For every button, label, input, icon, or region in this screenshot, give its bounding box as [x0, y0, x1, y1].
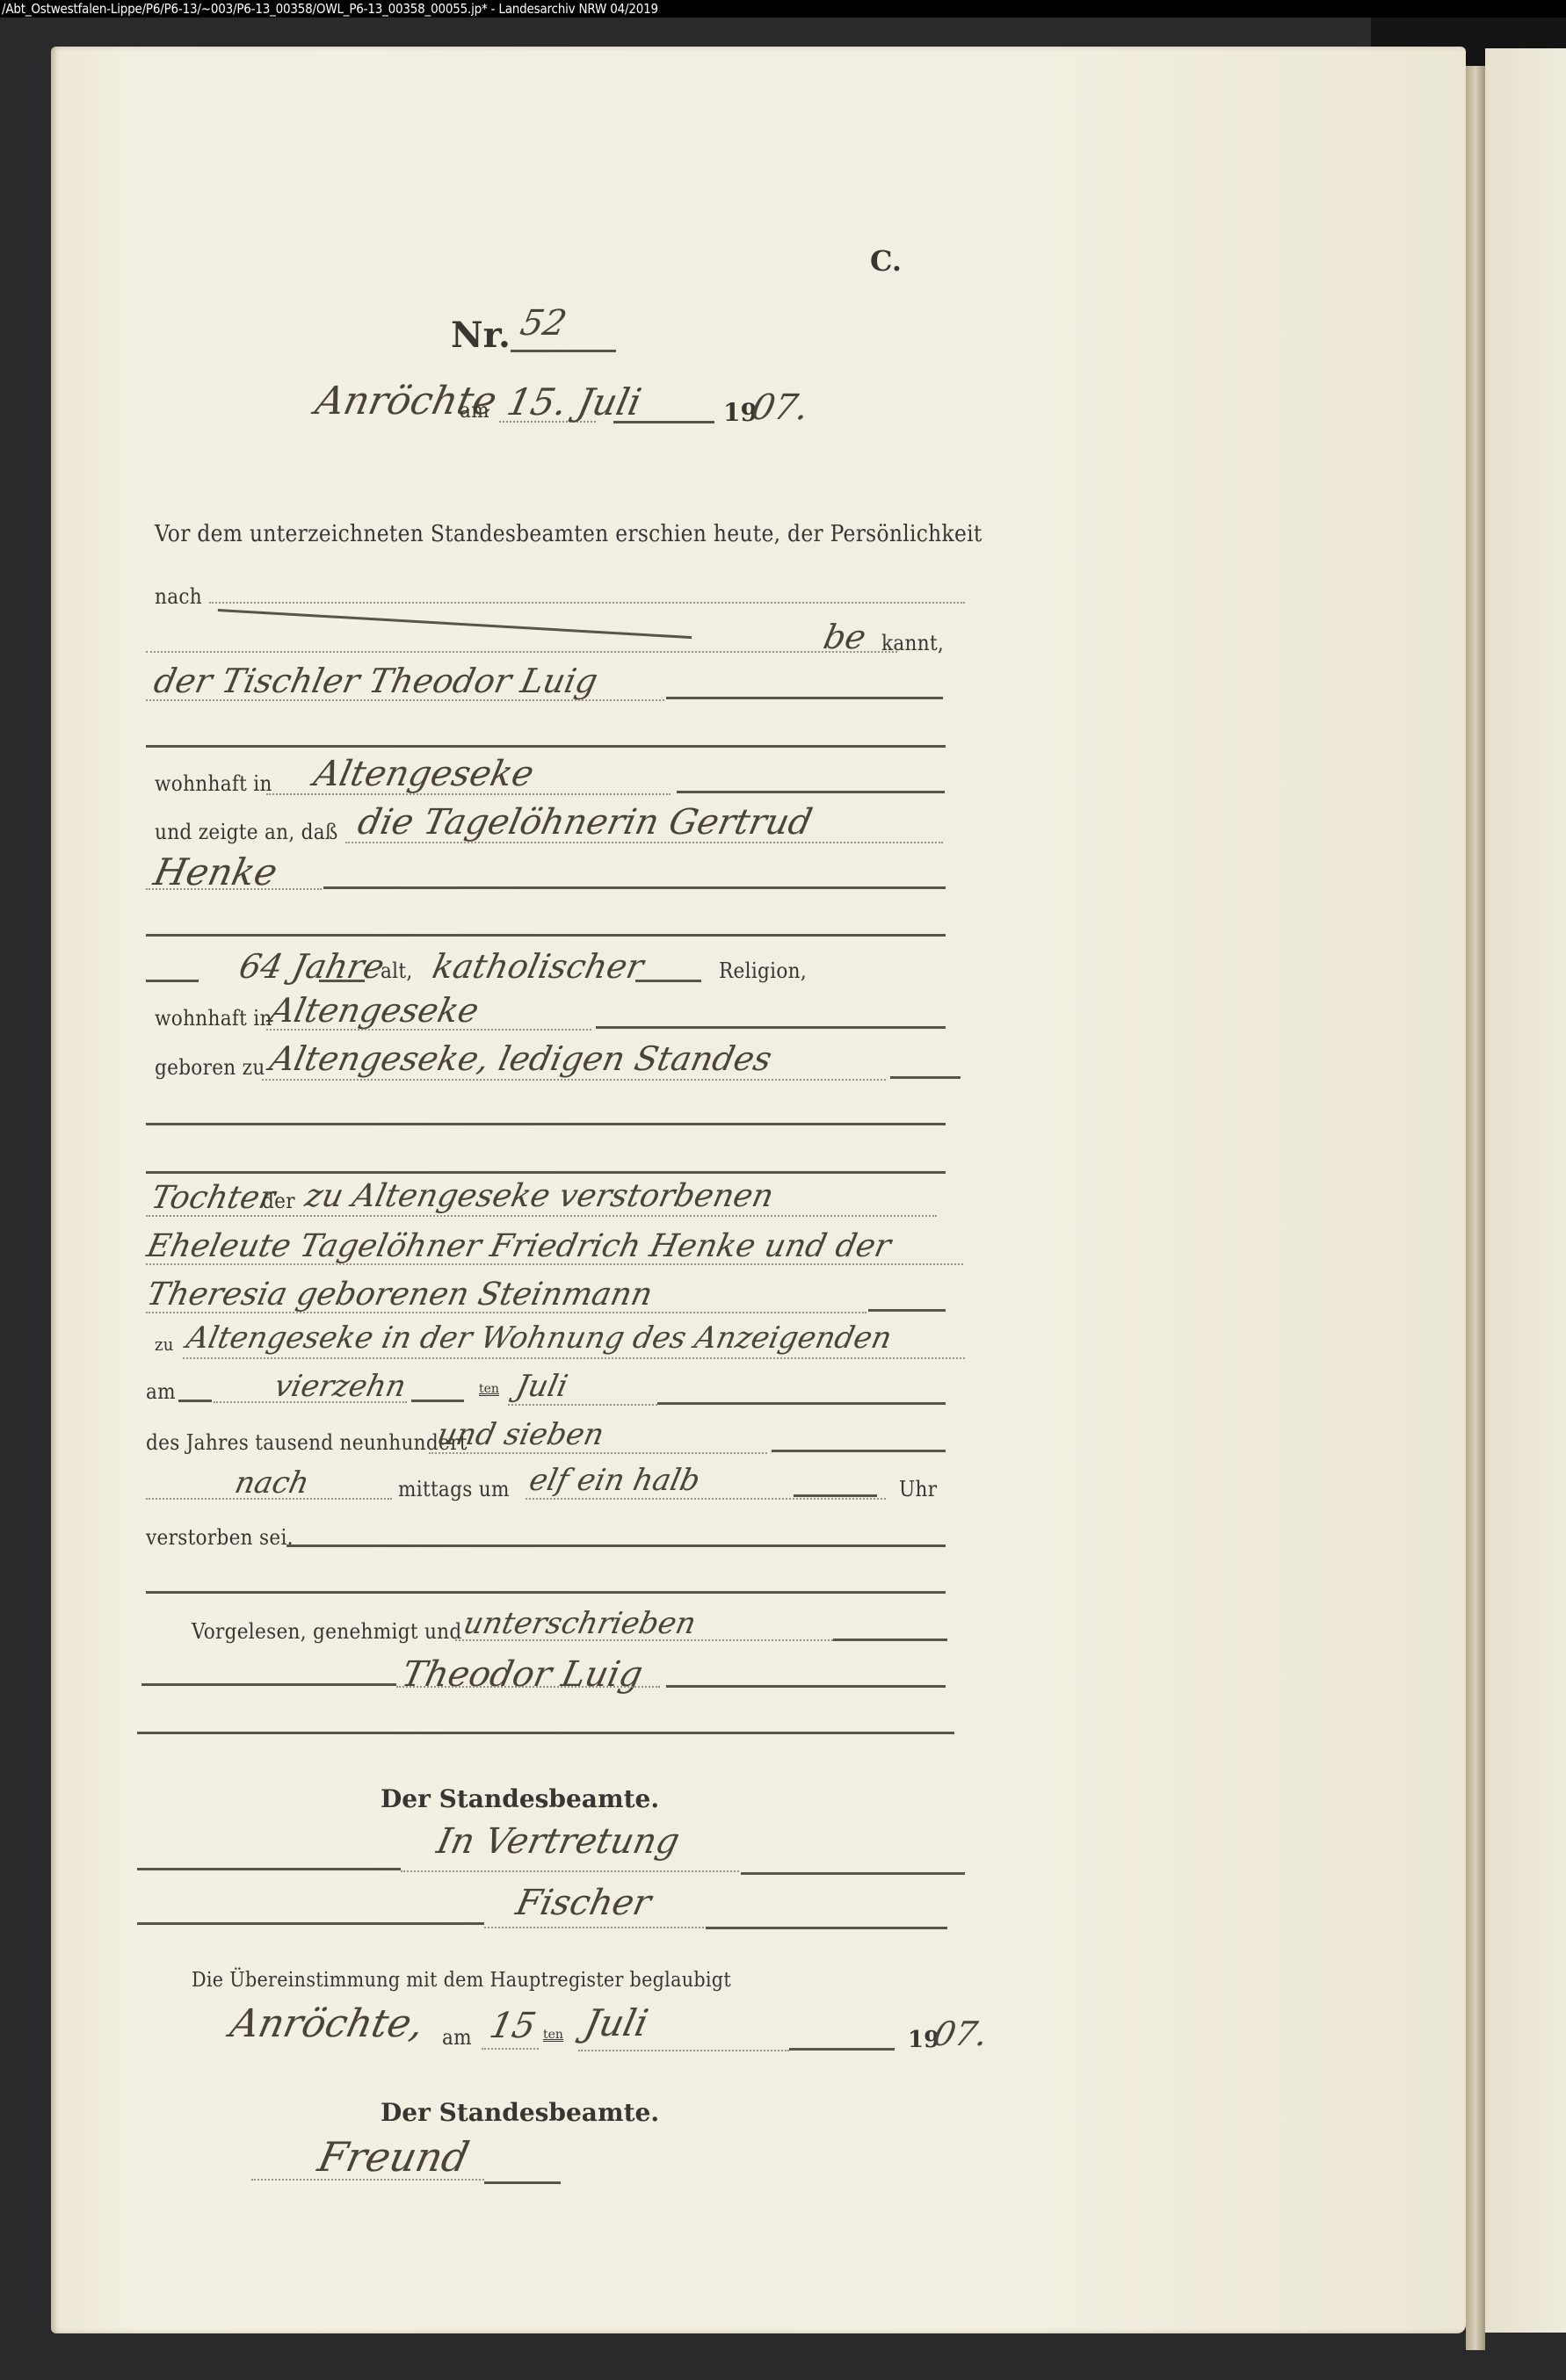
alt-label: alt, [381, 959, 413, 983]
dotted-line [526, 1498, 886, 1500]
underline [137, 1732, 954, 1734]
cert-day: 15 [486, 2006, 540, 2046]
dotted-line [214, 1401, 407, 1403]
underline [146, 934, 946, 937]
vorgelesen-label: Vorgelesen, genehmigt und [192, 1619, 462, 1644]
nr-label: Nr. [451, 315, 511, 356]
death-place: Altengeseke in der Wohnung des Anzeigend… [184, 1320, 895, 1356]
underline [319, 980, 365, 982]
cert-month: Juli [581, 2001, 652, 2044]
informant-residence: Altengeseke [310, 754, 537, 794]
parents-line1-handwritten: Tochter [149, 1180, 279, 1216]
am-label: am [460, 398, 489, 423]
wohnhaft2-label: wohnhaft in [155, 1006, 272, 1031]
underline [666, 1685, 946, 1688]
death-day: vierzehn [272, 1369, 410, 1404]
am2-label: am [146, 1379, 176, 1404]
death-month: Juli [513, 1369, 571, 1404]
wohnhaft-label: wohnhaft in [155, 771, 272, 796]
underline [635, 980, 701, 982]
parents-line1-rest: zu Altengeseke verstorbenen [302, 1178, 777, 1214]
underline [141, 1683, 396, 1686]
window-title-bar: /Abt_Ostwestfalen-Lippe/P6/P6-13/~003/P6… [0, 0, 1566, 18]
underline [833, 1639, 947, 1641]
underline [677, 791, 945, 793]
final-signature: Freund [314, 2133, 473, 2181]
unterschrieben: unterschrieben [460, 1606, 700, 1641]
religion-label: Religion, [719, 959, 807, 983]
parents-line2: Eheleute Tagelöhner Friedrich Henke und … [144, 1228, 895, 1264]
record-number: 52 [517, 303, 570, 344]
dotted-line [146, 1215, 937, 1217]
age: 64 Jahre [236, 947, 388, 986]
dotted-line [209, 602, 965, 604]
deceased-line1: die Tagelöhnerin Gertrud [354, 802, 816, 843]
date-written: 15. Juli [504, 380, 645, 423]
intro-text: Vor dem unterzeichneten Standesbeamten e… [155, 521, 982, 547]
dotted-line [146, 1263, 963, 1265]
zu-label: zu [155, 1334, 174, 1355]
cert-am-label: am [442, 2025, 472, 2050]
underline [789, 2048, 895, 2051]
underline [146, 1591, 946, 1594]
underline [146, 1171, 946, 1174]
underline [613, 421, 714, 423]
book-gutter [1466, 66, 1485, 2350]
dotted-line [455, 1639, 833, 1641]
underline [411, 1400, 464, 1402]
window-title: /Abt_Ostwestfalen-Lippe/P6/P6-13/~003/P6… [2, 1, 658, 17]
underline [286, 1544, 946, 1547]
dotted-line [146, 651, 897, 653]
dotted-line [396, 1686, 660, 1688]
mittags-label: mittags um [398, 1477, 510, 1501]
underline [890, 1076, 961, 1079]
parents-line1-printed: der [262, 1189, 295, 1213]
death-time: elf ein halb [526, 1463, 703, 1498]
cert-year-suffix: 07. [930, 2015, 991, 2053]
adjacent-page-edge [1485, 48, 1566, 2333]
registrar-line1: In Vertretung [433, 1821, 683, 1862]
dotted-line [266, 1029, 591, 1031]
deceased-line2: Henke [150, 850, 281, 893]
dotted-line [183, 1357, 965, 1359]
dotted-line [251, 2179, 484, 2181]
form-letter: C. [870, 244, 902, 278]
cert-place: Anröchte, [227, 2001, 428, 2046]
parents-line3: Theresia geborenen Steinmann [144, 1277, 656, 1313]
uhr-label: Uhr [899, 1477, 937, 1501]
underline [741, 1872, 965, 1875]
dotted-line [578, 2050, 789, 2051]
time-prefix: nach [232, 1465, 313, 1501]
verstorben-label: verstorben sei. [146, 1525, 294, 1550]
underline [511, 350, 616, 352]
register-page: C. Nr. 52 Anröchte am 15. Juli 19 07. Vo… [51, 47, 1466, 2333]
underline [484, 2181, 561, 2184]
underline [137, 1922, 484, 1925]
strike-line [218, 609, 692, 639]
underline [666, 697, 943, 699]
religion: katholischer [429, 947, 647, 986]
dotted-line [482, 2048, 539, 2050]
underline [706, 1927, 947, 1929]
dotted-line [146, 1312, 866, 1313]
dotted-line [146, 888, 322, 890]
bekannt-prefix: be [820, 618, 869, 656]
bekannt-label: kannt, [881, 631, 944, 655]
underline [323, 886, 946, 889]
nach-label: nach [155, 584, 202, 609]
dotted-line [262, 1079, 886, 1081]
underline [596, 1026, 946, 1029]
registrar-line2: Fischer [512, 1883, 655, 1923]
jahres-label: des Jahres tausend neunhundert [146, 1430, 468, 1455]
underline [772, 1450, 946, 1452]
dotted-line [508, 1404, 657, 1406]
birthplace: Altengeseke, ledigen Standes [266, 1039, 775, 1078]
ten-label: ten [479, 1382, 499, 1396]
certification-text: Die Übereinstimmung mit dem Hauptregiste… [192, 1969, 731, 1992]
underline [146, 745, 946, 748]
deceased-residence: Altengeseke [266, 991, 482, 1030]
informant-signature: Theodor Luig [398, 1654, 646, 1695]
registrar-heading2: Der Standesbeamte. [381, 2098, 659, 2127]
underline [146, 1123, 946, 1125]
underline [146, 980, 199, 982]
underline [657, 1402, 946, 1405]
zeigte-label: und zeigte an, daß [155, 820, 338, 844]
dotted-line [401, 1870, 739, 1872]
underline [794, 1494, 877, 1497]
underline [868, 1309, 946, 1312]
cert-ten-label: ten [543, 2028, 563, 2042]
geboren-label: geboren zu [155, 1055, 265, 1080]
underline [178, 1400, 212, 1402]
dotted-line [429, 1452, 767, 1454]
underline [137, 1868, 401, 1870]
informant: der Tischler Theodor Luig [150, 662, 601, 700]
year-suffix: 07. [748, 387, 812, 428]
dotted-line [146, 699, 664, 701]
registrar-heading: Der Standesbeamte. [381, 1784, 659, 1813]
death-year-words: und sieben [434, 1417, 607, 1452]
dotted-line [484, 1927, 704, 1928]
